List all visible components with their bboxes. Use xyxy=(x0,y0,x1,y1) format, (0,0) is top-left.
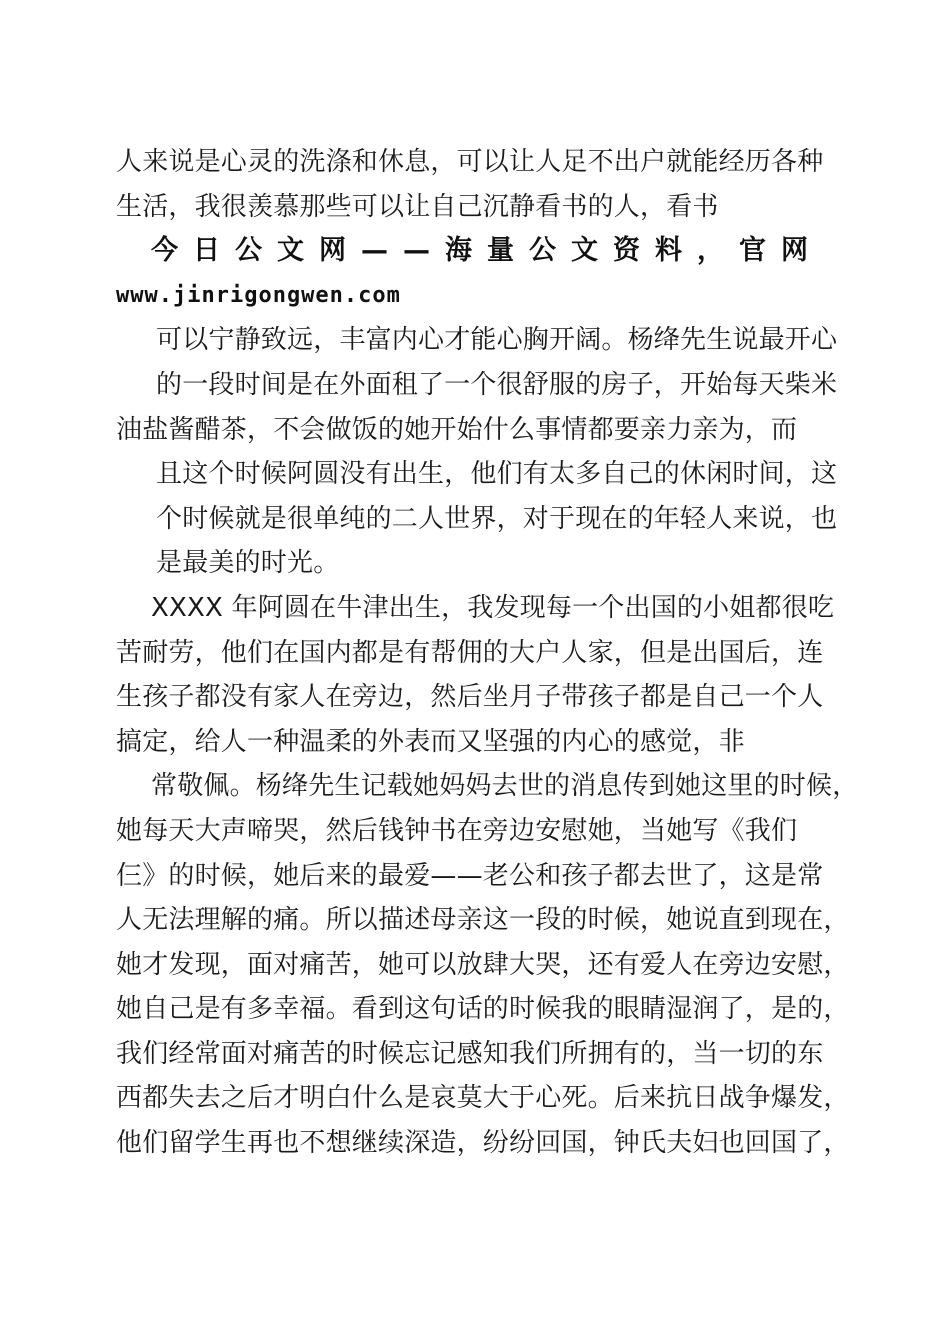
text-line: 生活，我很羡慕那些可以让自己沉静看书的人，看书 xyxy=(116,185,836,230)
text-line: 可以宁静致远，丰富内心才能心胸开阔。杨绛先生说最开心 xyxy=(116,318,836,363)
site-banner-heading: 今日公文网——海量公文资料，官网 xyxy=(116,229,836,274)
text-line: 常敬佩。杨绛先生记载她妈妈去世的消息传到她这里的时候， xyxy=(116,764,836,809)
document-body: 人来说是心灵的洗涤和休息，可以让人足不出户就能经历各种生活，我很羡慕那些可以让自… xyxy=(116,140,836,1166)
text-line: 她每天大声啼哭，然后钱钟书在旁边安慰她，当她写《我们 xyxy=(116,809,836,854)
text-line: 人无法理解的痛。所以描述母亲这一段的时候，她说直到现在， xyxy=(116,898,836,943)
text-line: 苦耐劳，他们在国内都是有帮佣的大户人家，但是出国后，连 xyxy=(116,631,836,676)
text-line: 我们经常面对痛苦的时候忘记感知我们所拥有的，当一切的东 xyxy=(116,1032,836,1077)
text-line: 他们留学生再也不想继续深造，纷纷回国，钟氏夫妇也回国了， xyxy=(116,1121,836,1166)
text-line: 人来说是心灵的洗涤和休息，可以让人足不出户就能经历各种 xyxy=(116,140,836,185)
text-line: 她才发现，面对痛苦，她可以放肆大哭，还有爱人在旁边安慰， xyxy=(116,943,836,988)
document-page: 人来说是心灵的洗涤和休息，可以让人足不出户就能经历各种生活，我很羡慕那些可以让自… xyxy=(0,0,950,1344)
text-line: 西都失去之后才明白什么是哀莫大于心死。后来抗日战争爆发， xyxy=(116,1076,836,1121)
text-line: 搞定，给人一种温柔的外表而又坚强的内心的感觉，非 xyxy=(116,720,836,765)
site-url-text: www.jinrigongwen.com xyxy=(116,274,836,319)
text-line: 仨》的时候，她后来的最爱——老公和孩子都去世了，这是常 xyxy=(116,854,836,899)
text-line: 的一段时间是在外面租了一个很舒服的房子，开始每天柴米 xyxy=(116,363,836,408)
text-line: 是最美的时光。 xyxy=(116,541,836,586)
text-line: 她自己是有多幸福。看到这句话的时候我的眼睛湿润了，是的， xyxy=(116,987,836,1032)
text-line: XXXX 年阿圆在牛津出生，我发现每一个出国的小姐都很吃 xyxy=(116,586,836,631)
text-line: 个时候就是很单纯的二人世界，对于现在的年轻人来说，也 xyxy=(116,497,836,542)
text-line: 油盐酱醋茶，不会做饭的她开始什么事情都要亲力亲为，而 xyxy=(116,408,836,453)
text-line: 且这个时候阿圆没有出生，他们有太多自己的休闲时间，这 xyxy=(116,452,836,497)
text-line: 生孩子都没有家人在旁边，然后坐月子带孩子都是自己一个人 xyxy=(116,675,836,720)
